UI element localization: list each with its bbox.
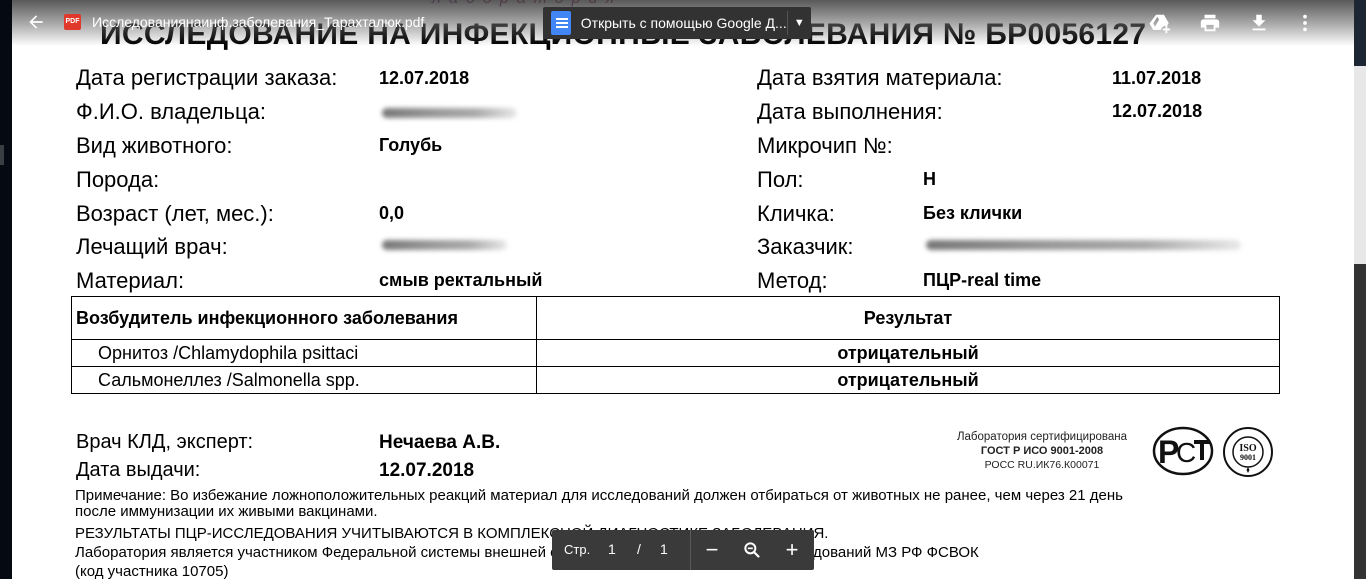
field-value-method: ПЦР-real time [923,270,1041,291]
column-header-pathogen: Возбудитель инфекционного заболевания [72,297,537,340]
field-value-completion-date: 12.07.2018 [1112,101,1202,122]
download-button[interactable] [1246,10,1272,36]
field-value-nickname: Без клички [923,203,1022,224]
field-label-microchip: Микрочип №: [757,133,893,159]
svg-text:С: С [1176,437,1196,468]
field-value-sex: Н [923,169,936,190]
viewer-toolbar: PDF Исследованиянаинф.заболевания_Тарахт… [12,0,1354,46]
file-name: Исследованиянаинф.заболевания_Тарахталюк… [92,14,424,30]
page-label: Стр. [564,542,590,557]
note-line: Лаборатория является участником Федераль… [75,544,979,561]
more-vert-icon [1294,12,1316,34]
zoom-in-button[interactable]: + [778,536,806,564]
chevron-down-icon[interactable]: ▼ [788,17,811,29]
field-value-material: смыв ректальный [379,270,542,291]
page-separator: / [637,541,641,557]
zoom-out-button[interactable]: − [698,536,726,564]
pathogen-cell: Орнитоз /Chlamydophila psittaci [72,340,537,367]
scrollbar-thumb[interactable] [1354,66,1366,264]
svg-text:9001: 9001 [1240,453,1256,462]
field-label-age: Возраст (лет, мес.): [76,201,274,227]
signoff-label-issue-date: Дата выдачи: [76,459,200,482]
add-to-drive-icon [1149,12,1171,34]
background-strip [0,0,12,579]
field-value-age: 0,0 [379,203,404,224]
signoff-value-issue-date: 12.07.2018 [379,460,474,482]
redacted-owner-name [382,108,517,118]
magnifier-icon [742,540,762,560]
field-label-method: Метод: [757,268,828,294]
pager-divider [690,530,691,570]
field-value-order-date: 12.07.2018 [379,68,469,89]
field-value-species: Голубь [379,135,442,156]
signoff-label-expert: Врач КЛД, эксперт: [76,431,253,454]
redacted-vet-name [382,240,507,250]
field-label-nickname: Кличка: [757,201,835,227]
pdf-page: лаборатория ИССЛЕДОВАНИЕ НА ИНФЕКЦИОННЫЕ… [12,0,1354,579]
field-label-sample-date: Дата взятия материала: [757,65,1003,91]
field-label-material: Материал: [76,268,184,294]
background-mark [0,145,4,165]
download-icon [1248,12,1270,34]
current-page-input[interactable]: 1 [608,541,616,557]
page-zoom-controls: Стр. 1 / 1 − + [552,530,814,570]
certification-line-2: ГОСТ Р ИСО 9001-2008 [942,444,1142,458]
result-cell: отрицательный [537,340,1280,367]
results-table: Возбудитель инфекционного заболевания Ре… [71,296,1280,394]
zoom-reset-button[interactable] [738,536,766,564]
note-line: Примечание: Во избежание ложноположитель… [75,487,1123,504]
redacted-customer-name [926,240,1241,250]
pathogen-cell: Сальмонеллез /Salmonella spp. [72,367,537,394]
column-header-result: Результат [537,297,1280,340]
scrollbar-top [1354,0,1366,66]
table-header-row: Возбудитель инфекционного заболевания Ре… [72,297,1280,340]
note-line: после иммунизации их живыми вакцинами. [75,503,378,520]
more-options-button[interactable] [1292,10,1318,36]
field-label-owner: Ф.И.О. владельца: [76,99,266,125]
open-with-button[interactable]: Открыть с помощью Google Д... ▼ [543,7,811,39]
google-docs-icon [551,11,571,35]
table-row: Орнитоз /Chlamydophila psittaci отрицате… [72,340,1280,367]
print-button[interactable] [1197,10,1223,36]
field-label-order-date: Дата регистрации заказа: [76,65,337,91]
table-row: Сальмонеллез /Salmonella spp. отрицатель… [72,367,1280,394]
field-label-species: Вид животного: [76,133,232,159]
back-arrow-icon [26,12,46,32]
result-cell: отрицательный [537,367,1280,394]
back-button[interactable] [22,8,50,36]
pdf-file-icon: PDF [64,14,81,30]
total-pages: 1 [660,541,668,557]
field-label-breed: Порода: [76,167,159,193]
pct-logo-icon: Р С [1152,426,1214,476]
print-icon [1199,12,1221,34]
certification-line-1: Лаборатория сертифицирована [942,430,1142,444]
iso-logo-icon: ISO 9001 [1222,426,1274,478]
certification-line-3: РОСС RU.ИК76.К00071 [942,458,1142,472]
field-value-sample-date: 11.07.2018 [1112,68,1201,89]
field-label-customer: Заказчик: [757,234,853,260]
note-line: (код участника 10705) [75,563,228,579]
vertical-scrollbar[interactable] [1354,0,1366,579]
field-label-sex: Пол: [757,167,804,193]
certification-block: Лаборатория сертифицирована ГОСТ Р ИСО 9… [942,430,1142,472]
field-label-vet: Лечащий врач: [76,234,228,260]
signoff-value-expert: Нечаева А.В. [379,432,500,454]
field-label-completion-date: Дата выполнения: [757,99,943,125]
add-to-drive-button[interactable] [1147,10,1173,36]
open-with-label: Открыть с помощью Google Д... [581,15,787,31]
